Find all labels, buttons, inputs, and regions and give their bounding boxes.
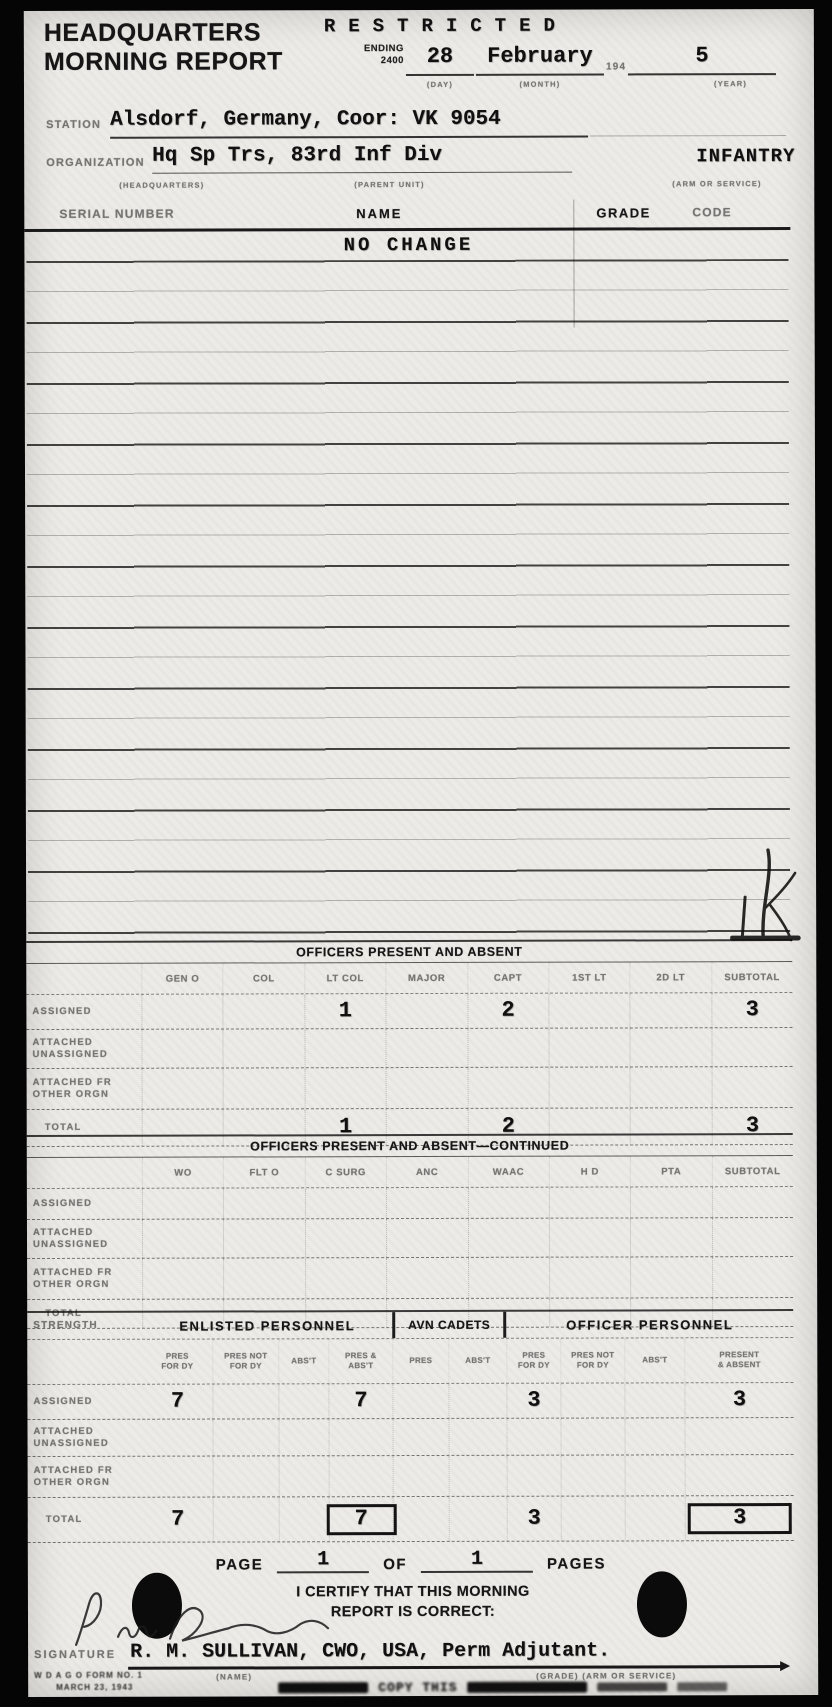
- officers-row-attached-unassigned: ATTACHED UNASSIGNED: [26, 1028, 792, 1069]
- date-day-field: 28: [406, 44, 474, 76]
- col-h-d: H D: [549, 1156, 630, 1186]
- officers-row-assigned: ASSIGNED 1 2 3: [26, 993, 792, 1030]
- smudge-legible-text: COPY THIS: [378, 1679, 457, 1694]
- station-underline-faint: [590, 135, 786, 137]
- col-avn-abst: ABS'T: [448, 1339, 506, 1383]
- row-label: TOTAL: [27, 1122, 142, 1134]
- cell: [712, 1187, 793, 1217]
- cell: [141, 995, 222, 1029]
- spacer: [27, 1158, 142, 1188]
- cell: [560, 1383, 624, 1417]
- col-c-surg: C SURG: [305, 1157, 386, 1187]
- cell: [507, 1456, 561, 1496]
- cell: [393, 1456, 449, 1496]
- roster-col-grade: GRADE: [596, 205, 650, 220]
- organization-label: ORGANIZATION: [46, 157, 145, 169]
- row-label: ASSIGNED: [26, 1006, 141, 1018]
- cell: [213, 1456, 279, 1496]
- officers-row-attached-fr: ATTACHED FR OTHER ORGN: [27, 1067, 793, 1110]
- cell: [468, 1258, 549, 1298]
- punch-hole-right: [637, 1571, 687, 1637]
- cell: [712, 1257, 793, 1297]
- continued-header-row: WO FLT O C SURG ANC WAAC H D PTA SUBTOTA…: [27, 1156, 793, 1189]
- col-o-pres-for-dy: PRES FOR DY: [506, 1339, 560, 1383]
- officers-table: OFFICERS PRESENT AND ABSENT GEN O COL LT…: [26, 939, 793, 1147]
- form-date: MARCH 23, 1943: [56, 1683, 133, 1692]
- row-label: ATTACHED FR OTHER ORGN: [28, 1465, 143, 1489]
- cell: [393, 1497, 449, 1541]
- classification-stamp: RESTRICTED: [324, 15, 568, 38]
- roster-header-rule: [24, 227, 790, 232]
- roster-entry-no-change: NO CHANGE: [308, 234, 508, 257]
- handwritten-mark: [730, 847, 802, 943]
- row-label: ASSIGNED: [27, 1396, 142, 1408]
- col-e-pres-abst: PRES & ABS'T: [328, 1339, 392, 1383]
- cell: 3: [506, 1384, 560, 1418]
- cell: [278, 1419, 328, 1455]
- cell: [304, 1029, 385, 1067]
- cell: [467, 1188, 548, 1218]
- cell: [448, 1384, 506, 1418]
- group-avn-cadets: AVN CADETS: [392, 1312, 506, 1338]
- row-label: ATTACHED UNASSIGNED: [26, 1037, 141, 1061]
- cell: [385, 994, 466, 1028]
- boxed-total-officer: 3: [688, 1503, 792, 1534]
- month-caption: (MONTH): [476, 80, 604, 89]
- cell: [548, 993, 629, 1027]
- cell: [630, 1067, 711, 1107]
- row-label: TOTAL: [28, 1514, 143, 1526]
- ending-label-line1: ENDING: [338, 43, 404, 55]
- cell: [386, 1188, 467, 1218]
- strength-table: STRENGTH ENLISTED PERSONNEL AVN CADETS O…: [27, 1309, 794, 1543]
- page-label: PAGE: [216, 1556, 263, 1573]
- cell: [328, 1419, 392, 1455]
- cell: [329, 1456, 393, 1496]
- cell: [548, 1067, 629, 1107]
- form-title-line1: HEADQUARTERS: [44, 18, 283, 48]
- year-prefix: 194: [606, 61, 626, 72]
- col-e-abst: ABS'T: [278, 1339, 328, 1383]
- form-title-line2: MORNING REPORT: [44, 47, 283, 77]
- cell: [212, 1384, 278, 1418]
- cell: [630, 1187, 711, 1217]
- day-caption: (DAY): [406, 80, 474, 89]
- parent-unit-caption: (PARENT UNIT): [354, 180, 424, 189]
- cell: [561, 1496, 625, 1540]
- cell: [305, 1258, 386, 1298]
- strength-label: STRENGTH: [27, 1319, 142, 1332]
- col-o-abst: ABS'T: [624, 1338, 684, 1382]
- group-officer-personnel: OFFICER PERSONNEL: [506, 1317, 793, 1333]
- scanned-morning-report: HEADQUARTERS MORNING REPORT RESTRICTED E…: [0, 0, 832, 1707]
- smudge-blob: [597, 1682, 667, 1691]
- col-flt-o: FLT O: [223, 1157, 304, 1187]
- cell: [386, 1029, 467, 1067]
- col-subtotal: SUBTOTAL: [711, 1156, 792, 1186]
- cell: 3: [685, 1496, 794, 1540]
- cell: [448, 1419, 506, 1455]
- cell: [711, 1067, 792, 1107]
- spacer: [26, 964, 141, 994]
- ending-label-line2: 2400: [338, 55, 404, 67]
- of-label: OF: [383, 1556, 407, 1573]
- cell: [630, 1257, 711, 1297]
- cell: [223, 1258, 304, 1298]
- col-wo: WO: [142, 1158, 223, 1188]
- cell: [386, 1258, 467, 1298]
- cell: [223, 1068, 304, 1108]
- cell: [684, 1418, 793, 1454]
- col-major: MAJOR: [385, 963, 466, 993]
- cell: [630, 1028, 711, 1066]
- form-title: HEADQUARTERS MORNING REPORT: [44, 18, 283, 77]
- signature-underline: [128, 1665, 784, 1670]
- cell: 3: [684, 1383, 793, 1417]
- cell: [142, 1220, 223, 1258]
- organization-underline: [152, 172, 572, 174]
- col-lt-col: LT COL: [304, 963, 385, 993]
- page-line: PAGE 1 OF 1 PAGES: [28, 1547, 794, 1574]
- cell: 3: [711, 993, 792, 1027]
- row-label: ATTACHED UNASSIGNED: [27, 1227, 142, 1251]
- cell: [712, 1218, 793, 1256]
- cell: [392, 1419, 448, 1455]
- cell: [141, 1030, 222, 1068]
- cell: [711, 1028, 792, 1066]
- cell: [449, 1456, 507, 1496]
- smudge-blob: [278, 1682, 368, 1693]
- cell: 3: [507, 1497, 561, 1541]
- form-number: W D A G O FORM NO. 1: [34, 1671, 143, 1680]
- ending-2400-label: ENDING 2400: [338, 43, 404, 67]
- cell: [560, 1418, 624, 1454]
- organization-value: Hq Sp Trs, 83rd Inf Div: [152, 144, 442, 168]
- date-year-field: 5: [628, 43, 776, 75]
- strength-row-attached-unassigned: ATTACHED UNASSIGNED: [27, 1418, 793, 1457]
- col-2d-lt: 2D LT: [630, 962, 711, 992]
- cell: [305, 1219, 386, 1257]
- col-capt: CAPT: [467, 963, 548, 993]
- cell: 7: [142, 1385, 212, 1419]
- page-number: 1: [277, 1548, 369, 1573]
- cell: 7: [328, 1384, 392, 1418]
- cell: 7: [329, 1497, 393, 1541]
- smudged-footer-text: COPY THIS: [278, 1677, 788, 1696]
- cell: 1: [304, 994, 385, 1028]
- station-value: Alsdorf, Germany, Coor: VK 9054: [110, 108, 501, 132]
- continued-row-assigned: ASSIGNED: [27, 1187, 793, 1220]
- col-o-present-absent: PRESENT & ABSENT: [684, 1338, 793, 1382]
- cell: [467, 1068, 548, 1108]
- pages-label: PAGES: [547, 1556, 606, 1573]
- signature-value: R. M. SULLIVAN, CWO, USA, Perm Adjutant.: [130, 1640, 610, 1664]
- cell: 2: [467, 994, 548, 1028]
- cell: [223, 994, 304, 1028]
- col-e-pres-for-dy: PRES FOR DY: [142, 1340, 212, 1384]
- cell: [212, 1419, 278, 1455]
- page-total: 1: [421, 1548, 533, 1573]
- col-gen-o: GEN O: [141, 964, 222, 994]
- roster-col-name: NAME: [304, 206, 454, 221]
- cell: [549, 1218, 630, 1256]
- cell: [223, 1188, 304, 1218]
- cell: [561, 1455, 625, 1495]
- cell: [392, 1384, 448, 1418]
- cell: [685, 1455, 794, 1495]
- col-anc: ANC: [386, 1157, 467, 1187]
- cell: [223, 1029, 304, 1067]
- document-paper: HEADQUARTERS MORNING REPORT RESTRICTED E…: [24, 9, 818, 1697]
- strength-row-assigned: ASSIGNED 7 7 3 3: [27, 1383, 793, 1420]
- cell: [624, 1418, 684, 1454]
- cell: [549, 1187, 630, 1217]
- officers-title: OFFICERS PRESENT AND ABSENT: [26, 939, 792, 964]
- signature-underline-arrow: [780, 1661, 790, 1671]
- year-caption: (YEAR): [714, 79, 747, 88]
- cell: [143, 1457, 213, 1497]
- col-subtotal: SUBTOTAL: [711, 962, 792, 992]
- cell: [549, 1257, 630, 1297]
- date-month-field: February: [476, 44, 604, 76]
- row-label: ATTACHED FR OTHER ORGN: [27, 1077, 142, 1101]
- smudge-blob: [677, 1682, 727, 1691]
- blank-roster-lines: [26, 259, 790, 943]
- roster-col-serial-number: SERIAL NUMBER: [59, 207, 174, 221]
- cell: [142, 1259, 223, 1299]
- cell: [213, 1497, 279, 1541]
- cell: [304, 1068, 385, 1108]
- arm-or-service-caption: (ARM OR SERVICE): [672, 179, 762, 188]
- name-caption: (NAME): [216, 1672, 252, 1681]
- strength-row-attached-fr: ATTACHED FR OTHER ORGN: [28, 1455, 794, 1498]
- cell: [506, 1419, 560, 1455]
- cell: [278, 1384, 328, 1418]
- smudge-blob: [467, 1681, 587, 1692]
- continued-row-attached-unassigned: ATTACHED UNASSIGNED: [27, 1218, 793, 1259]
- cell: [624, 1383, 684, 1417]
- signature-label: SIGNATURE: [34, 1649, 116, 1661]
- cell: [223, 1219, 304, 1257]
- cell: [305, 1188, 386, 1218]
- cell: [467, 1029, 548, 1067]
- col-avn-pres: PRES: [392, 1339, 448, 1383]
- officers-header-row: GEN O COL LT COL MAJOR CAPT 1ST LT 2D LT…: [26, 962, 792, 995]
- strength-group-row: STRENGTH ENLISTED PERSONNEL AVN CADETS O…: [27, 1309, 793, 1340]
- cell: [630, 993, 711, 1027]
- row-label: ASSIGNED: [27, 1198, 142, 1210]
- col-e-pres-not-for-dy: PRES NOT FOR DY: [212, 1339, 278, 1383]
- col-o-pres-not-for-dy: PRES NOT FOR DY: [560, 1338, 624, 1382]
- continued-row-attached-fr: ATTACHED FR OTHER ORGN: [27, 1257, 793, 1300]
- cell: [548, 1028, 629, 1066]
- col-1st-lt: 1ST LT: [548, 962, 629, 992]
- officers-continued-title: OFFICERS PRESENT AND ABSENT—CONTINUED: [27, 1133, 793, 1158]
- station-label: STATION: [46, 119, 101, 131]
- col-col: COL: [223, 963, 304, 993]
- cell: [279, 1456, 329, 1496]
- cell: [467, 1219, 548, 1257]
- row-label: ATTACHED UNASSIGNED: [27, 1426, 142, 1450]
- cell: [142, 1420, 212, 1456]
- col-waac: WAAC: [467, 1157, 548, 1187]
- boxed-total-enlisted: 7: [326, 1504, 396, 1535]
- officers-continued-table: OFFICERS PRESENT AND ABSENT—CONTINUED WO…: [27, 1133, 794, 1329]
- cell: [142, 1189, 223, 1219]
- roster-col-code: CODE: [692, 205, 732, 219]
- cell: [625, 1496, 685, 1540]
- cell: [386, 1068, 467, 1108]
- cell: [386, 1219, 467, 1257]
- cell: [142, 1069, 223, 1109]
- cell: [630, 1218, 711, 1256]
- row-label: ATTACHED FR OTHER ORGN: [27, 1267, 142, 1291]
- cell: 7: [143, 1498, 213, 1542]
- group-enlisted-personnel: ENLISTED PERSONNEL: [142, 1318, 392, 1334]
- cell: [279, 1497, 329, 1541]
- col-pta: PTA: [630, 1156, 711, 1186]
- arm-of-service-value: INFANTRY: [696, 145, 795, 167]
- strength-subheader-row: PRES FOR DY PRES NOT FOR DY ABS'T PRES &…: [27, 1338, 793, 1385]
- headquarters-caption: (HEADQUARTERS): [119, 181, 204, 190]
- cell: [449, 1497, 507, 1541]
- station-underline: [110, 136, 588, 139]
- cell: [625, 1455, 685, 1495]
- strength-row-total: TOTAL 7 7 3 3: [28, 1496, 794, 1543]
